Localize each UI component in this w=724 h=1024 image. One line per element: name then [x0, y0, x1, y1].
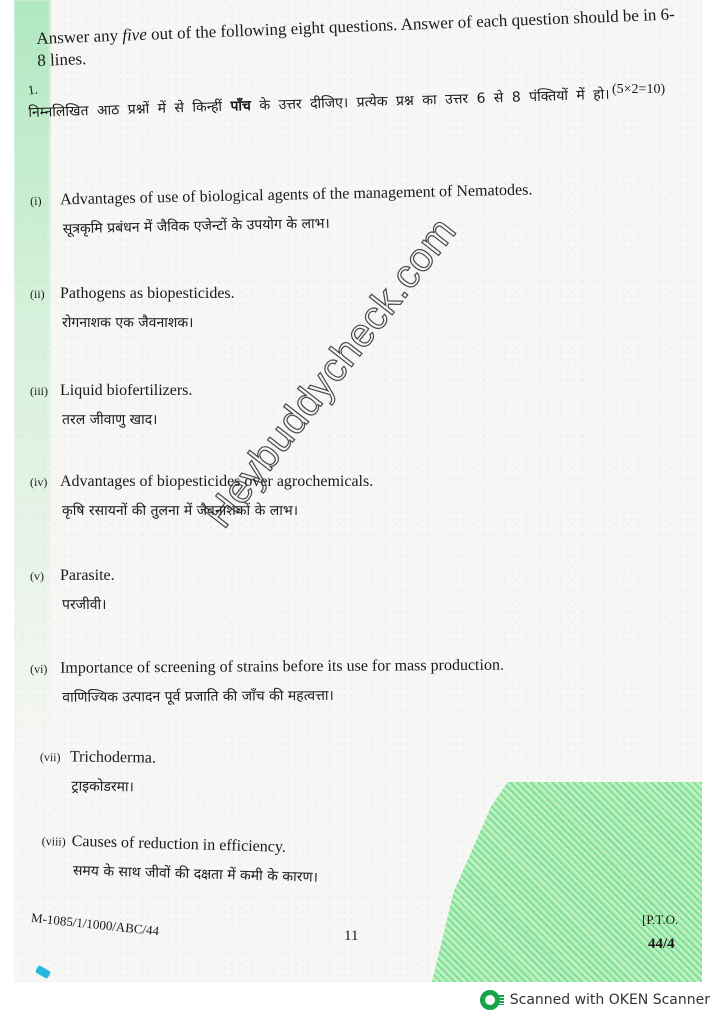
subquestion-number: (i) [30, 193, 60, 209]
pto-label: [P.T.O. [642, 912, 678, 928]
scanner-badge: Scanned with OKEN Scanner [480, 990, 710, 1010]
scanner-badge-text: Scanned with OKEN Scanner [510, 992, 710, 1008]
subquestion-english: Causes of reduction in efficiency. [72, 833, 287, 856]
subquestion: (vi)Importance of screening of strains b… [30, 657, 504, 707]
subquestion: (v)Parasite. परजीवी। [30, 567, 115, 614]
subquestion-english: Pathogens as biopesticides. [60, 285, 235, 302]
instruction-english: Answer any five out of the following eig… [36, 3, 677, 72]
subquestion: (vii)Trichoderma. ट्राइकोडरमा। [39, 748, 156, 797]
instruction-emphasis: five [122, 25, 147, 45]
subquestion-english: Importance of screening of strains befor… [60, 657, 504, 677]
subquestion-hindi: परजीवी। [62, 595, 115, 614]
instruction-hi-bold: पाँच [230, 98, 251, 115]
instruction-hindi: निम्नलिखित आठ प्रश्नों में से किन्हीं पा… [28, 79, 688, 126]
exam-page: 1. Answer any five out of the following … [14, 0, 702, 982]
subquestion: (iii)Liquid biofertilizers. तरल जीवाणु ख… [30, 382, 192, 429]
page-number: 11 [344, 928, 358, 945]
subquestion-hindi: तरल जीवाणु खाद। [62, 410, 192, 429]
subquestion-number: (v) [30, 569, 60, 584]
sheet-number: 44/4 [648, 936, 675, 953]
subquestion-number: (ii) [30, 287, 60, 302]
question-number: 1. [27, 81, 39, 98]
subquestion-english: Liquid biofertilizers. [60, 382, 192, 399]
subquestion-english: Trichoderma. [70, 748, 156, 766]
subquestion-hindi: ट्राइकोडरमा। [71, 776, 155, 796]
scan-corner-mark [35, 965, 51, 979]
paper-code: M-1085/1/1000/ABC/44 [30, 910, 160, 939]
subquestion-number: (vii) [40, 750, 70, 765]
instruction-hi-pre: निम्नलिखित आठ प्रश्नों में से किन्हीं [28, 99, 231, 121]
subquestion-number: (vi) [30, 662, 60, 677]
instruction-hi-post: के उत्तर दीजिए। प्रत्येक प्रश्न का उत्तर… [251, 87, 610, 114]
subquestion: (viii)Causes of reduction in efficiency.… [41, 832, 319, 887]
subquestion-hindi: वाणिज्यिक उत्पादन पूर्व प्रजाति की जाँच … [62, 685, 504, 707]
instruction-prefix: Answer any [36, 26, 123, 48]
subquestion-english: Advantages of use of biological agents o… [60, 181, 533, 208]
subquestion-english: Parasite. [60, 567, 115, 584]
subquestion-number: (iii) [30, 384, 60, 399]
subquestion-hindi: समय के साथ जीवों की दक्षता में कमी के का… [73, 861, 319, 887]
oken-scanner-logo-icon [480, 990, 500, 1010]
subquestion: (ii)Pathogens as biopesticides. रोगनाशक … [30, 285, 235, 332]
subquestion-number: (viii) [42, 834, 72, 850]
subquestion-hindi: रोगनाशक एक जैवनाशक। [62, 313, 235, 332]
subquestion-number: (iv) [30, 475, 60, 490]
